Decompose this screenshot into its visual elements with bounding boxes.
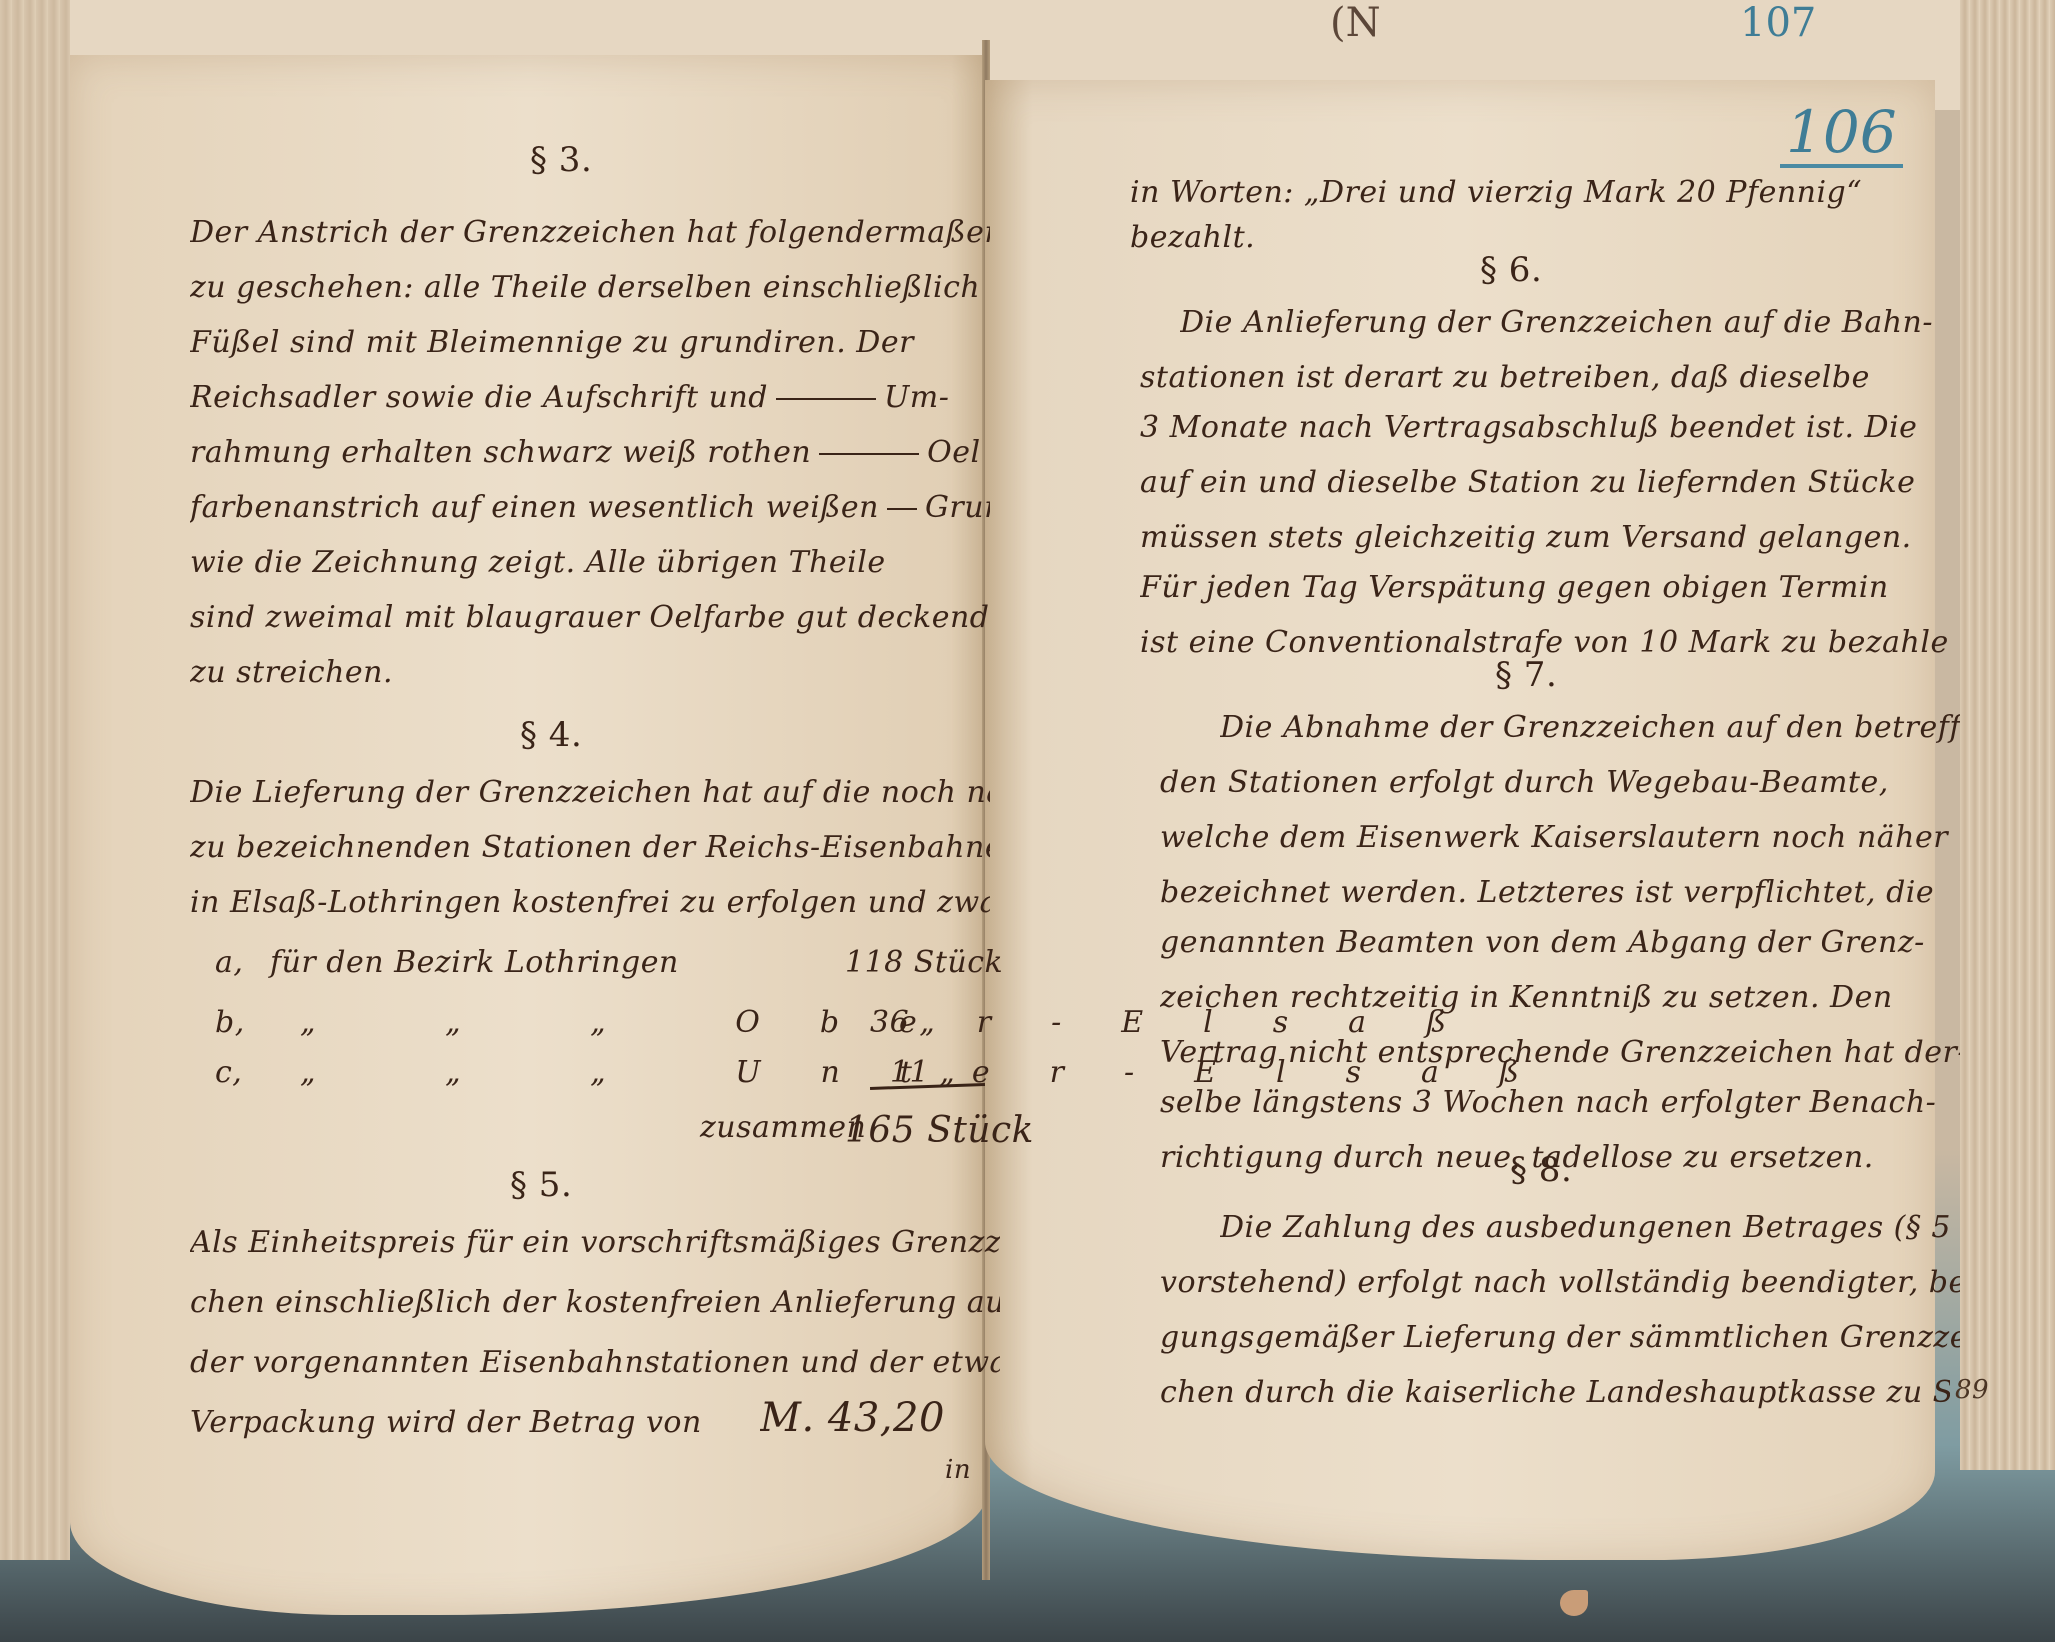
margin-note: Um- <box>884 380 949 415</box>
underlying-page-mark: (N <box>1330 0 1381 46</box>
text-line: Für jeden Tag Verspätung gegen obigen Te… <box>1140 570 1940 605</box>
total-label: zusammen <box>700 1110 866 1145</box>
section-title-3: § 3. <box>530 140 592 180</box>
list-count: 36 „ <box>870 1005 935 1040</box>
text-line: Verpackung wird der Betrag von <box>190 1405 750 1440</box>
dash-line <box>776 398 876 400</box>
section-title-7: § 7. <box>1495 655 1557 695</box>
text-line: rahmung erhalten schwarz weiß rothenOel- <box>190 435 980 470</box>
text-line: Die Lieferung der Grenzzeichen hat auf d… <box>190 775 990 810</box>
text-line: zeichen rechtzeitig in Kenntniß zu setze… <box>1160 980 1960 1015</box>
list-text: für den Bezirk Lothringen <box>270 945 679 980</box>
text-line: Die Zahlung des ausbedungenen Betrages (… <box>1220 1210 1960 1245</box>
book-cover-left-edge <box>0 0 70 1560</box>
text-line: Der Anstrich der Grenzzeichen hat folgen… <box>190 215 990 250</box>
amount: M. 43,20 <box>760 1395 1000 1441</box>
text-line: genannten Beamten von dem Abgang der Gre… <box>1160 925 1960 960</box>
text-line: in Elsaß-Lothringen kostenfrei zu erfolg… <box>190 885 990 920</box>
text-line: gungsgemäßer Lieferung der sämmtlichen G… <box>1160 1320 1960 1355</box>
text-line: vorstehend) erfolgt nach vollständig bee… <box>1160 1265 1960 1300</box>
text-line: Die Anlieferung der Grenzzeichen auf die… <box>1180 305 1940 340</box>
text-line: zu streichen. <box>190 655 990 690</box>
text-line: den Stationen erfolgt durch Wegebau-Beam… <box>1160 765 1960 800</box>
page-number: 106 <box>1780 100 1903 168</box>
text-line: sind zweimal mit blaugrauer Oelfarbe gut… <box>190 600 990 635</box>
list-label: a, <box>215 945 243 980</box>
text-span: farbenanstrich auf einen wesentlich weiß… <box>190 490 879 525</box>
margin-note: Grunde <box>925 490 990 525</box>
text-line: chen einschließlich der kostenfreien Anl… <box>190 1285 1000 1320</box>
text-line: wie die Zeichnung zeigt. Alle übrigen Th… <box>190 545 990 580</box>
text-line: auf ein und dieselbe Station zu liefernd… <box>1140 465 1940 500</box>
text-line: Reichsadler sowie die Aufschrift undUm- <box>190 380 950 415</box>
margin-note: Oel- <box>927 435 980 470</box>
text-line: Vertrag nicht entsprechende Grenzzeichen… <box>1160 1035 1960 1070</box>
text-line: chen durch die kaiserliche Landeshauptka… <box>1160 1375 1950 1410</box>
text-line: Füßel sind mit Bleimennige zu grundiren.… <box>190 325 990 360</box>
list-label: b, <box>215 1005 245 1040</box>
catchword: in <box>945 1455 971 1485</box>
book-cover-right-edge <box>1960 0 2055 1470</box>
text-line: zu bezeichnenden Stationen der Reichs-Ei… <box>190 830 990 865</box>
text-line: in Worten: „Drei und vierzig Mark 20 Pfe… <box>1130 175 1930 210</box>
text-line: stationen ist derart zu betreiben, daß d… <box>1140 360 1940 395</box>
text-line: farbenanstrich auf einen wesentlich weiß… <box>190 490 990 525</box>
paper-scrap <box>1560 1590 1588 1616</box>
text-line: der vorgenannten Eisenbahnstationen und … <box>190 1345 1000 1380</box>
section-title-8: § 8. <box>1510 1150 1572 1190</box>
section-title-6: § 6. <box>1480 250 1542 290</box>
total-value: 165 Stück <box>845 1110 1034 1151</box>
catchword: 89 <box>1955 1375 1989 1405</box>
text-line: welche dem Eisenwerk Kaiserslautern noch… <box>1160 820 1960 855</box>
list-label: c, <box>215 1055 242 1090</box>
list-count: 118 Stück <box>845 945 1003 980</box>
underlying-page-number: 107 <box>1740 0 1816 46</box>
dash-line <box>887 508 917 510</box>
text-span: rahmung erhalten schwarz weiß rothen <box>190 435 811 470</box>
text-line: zu geschehen: alle Theile derselben eins… <box>190 270 990 305</box>
text-line: Die Abnahme der Grenzzeichen auf den bet… <box>1220 710 1960 745</box>
text-line: Als Einheitspreis für ein vorschriftsmäß… <box>190 1225 1000 1260</box>
dash-line <box>819 453 919 455</box>
text-line: selbe längstens 3 Wochen nach erfolgter … <box>1160 1085 1960 1120</box>
section-title-5: § 5. <box>510 1165 572 1205</box>
text-span: Reichsadler sowie die Aufschrift und <box>190 380 768 415</box>
text-line: müssen stets gleichzeitig zum Versand ge… <box>1140 520 1940 555</box>
text-line: 3 Monate nach Vertragsabschluß beendet i… <box>1140 410 1940 445</box>
section-title-4: § 4. <box>520 715 582 755</box>
text-line: bezeichnet werden. Letzteres ist verpfli… <box>1160 875 1960 910</box>
